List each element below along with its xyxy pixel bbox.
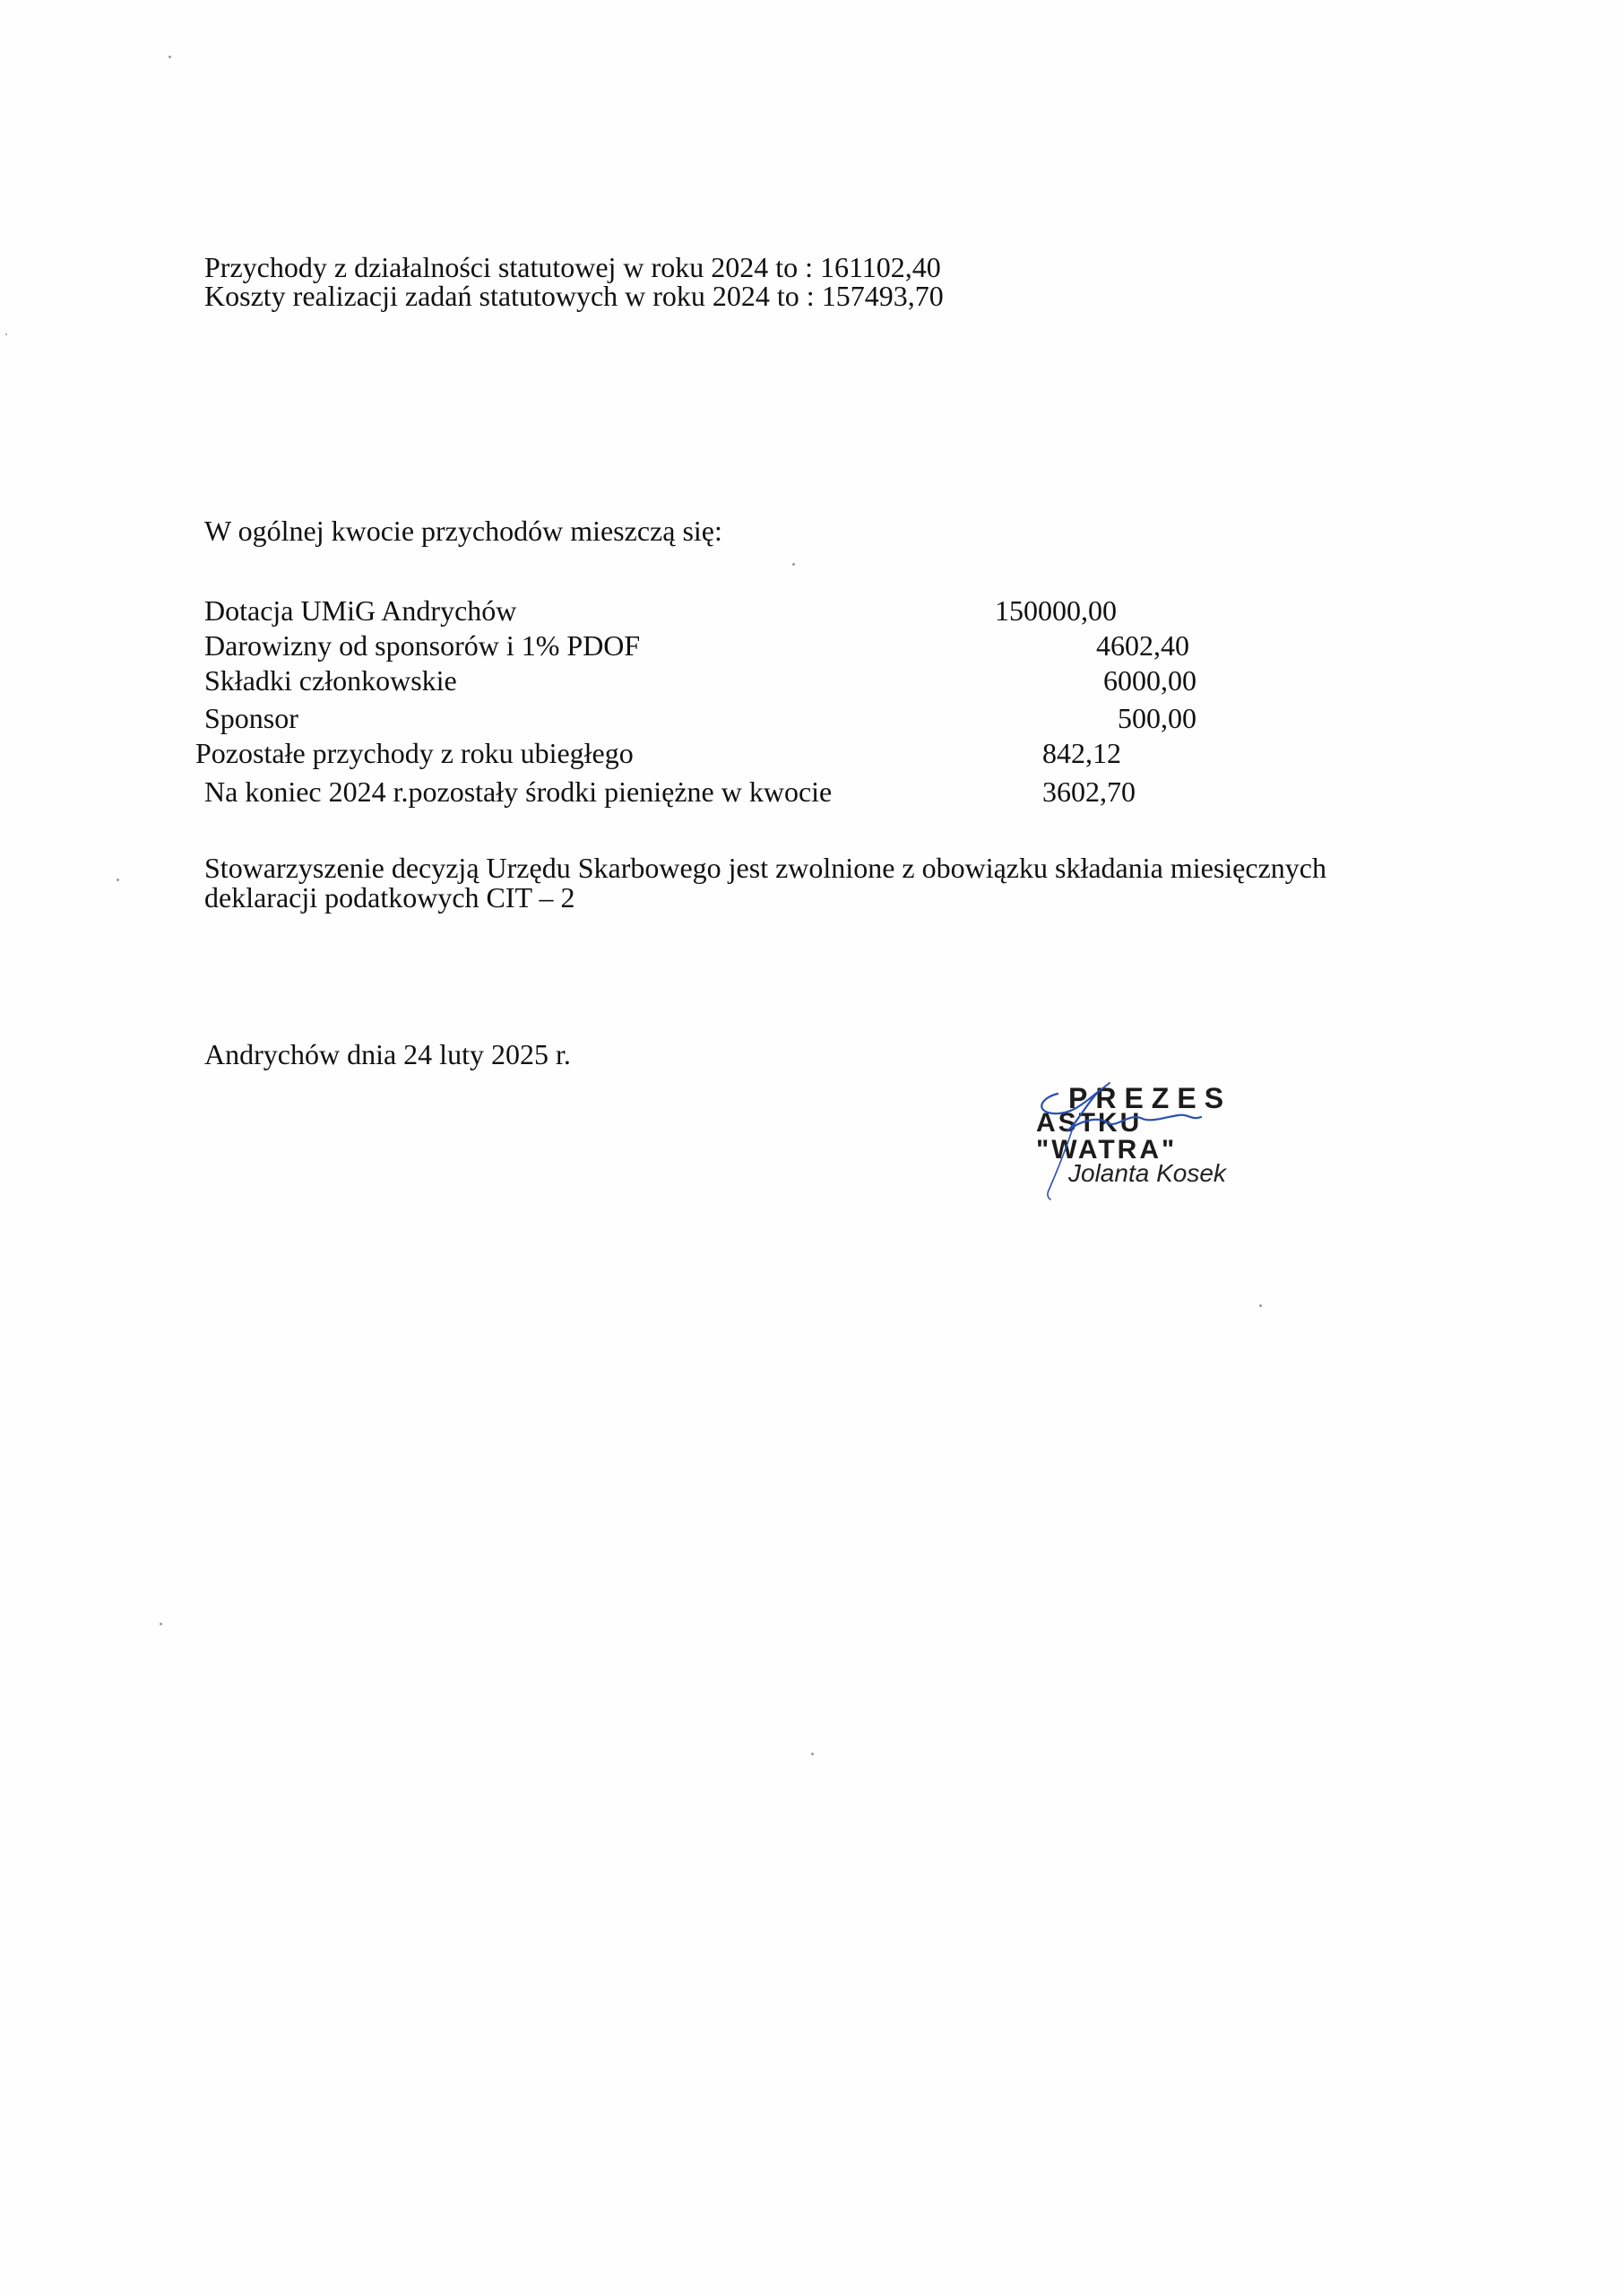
costs-summary: Koszty realizacji zadań statutowych w ro… — [204, 281, 944, 310]
scan-speck — [160, 1623, 162, 1625]
income-summary: Przychody z działalności statutowej w ro… — [204, 253, 941, 281]
scan-speck — [5, 333, 7, 335]
row-amount: 500,00 — [1017, 704, 1196, 732]
scan-speck — [811, 1753, 814, 1755]
row-amount: 842,12 — [1042, 739, 1121, 767]
scan-speck — [792, 563, 795, 566]
row-amount: 4602,40 — [1010, 631, 1189, 660]
breakdown-heading: W ogólnej kwocie przychodów mieszczą się… — [204, 516, 722, 545]
scan-speck — [168, 56, 171, 58]
scan-speck — [117, 879, 119, 881]
row-label: Sponsor — [204, 704, 298, 732]
scan-speck — [1259, 1304, 1262, 1307]
tax-exemption-note: Stowarzyszenie decyzją Urzędu Skarbowego… — [204, 853, 1326, 882]
handwritten-signature-icon — [1031, 1076, 1291, 1201]
row-label: Pozostałe przychody z roku ubiegłego — [195, 739, 634, 767]
row-label: Na koniec 2024 r.pozostały środki pienię… — [204, 777, 832, 806]
row-amount: 6000,00 — [1017, 666, 1196, 695]
document-page: Przychody z działalności statutowej w ro… — [0, 0, 1624, 2295]
row-label: Składki członkowskie — [204, 666, 457, 695]
row-label: Dotacja UMiG Andrychów — [204, 596, 516, 625]
signature-stamp: PREZES ASTKU "WATRA" Jolanta Kosek — [1031, 1076, 1291, 1201]
row-amount: 3602,70 — [1042, 777, 1136, 806]
row-label: Darowizny od sponsorów i 1% PDOF — [204, 631, 640, 660]
place-date: Andrychów dnia 24 luty 2025 r. — [204, 1040, 571, 1069]
tax-exemption-note-cont: deklaracji podatkowych CIT – 2 — [204, 883, 575, 912]
row-amount: 150000,00 — [995, 596, 1117, 625]
